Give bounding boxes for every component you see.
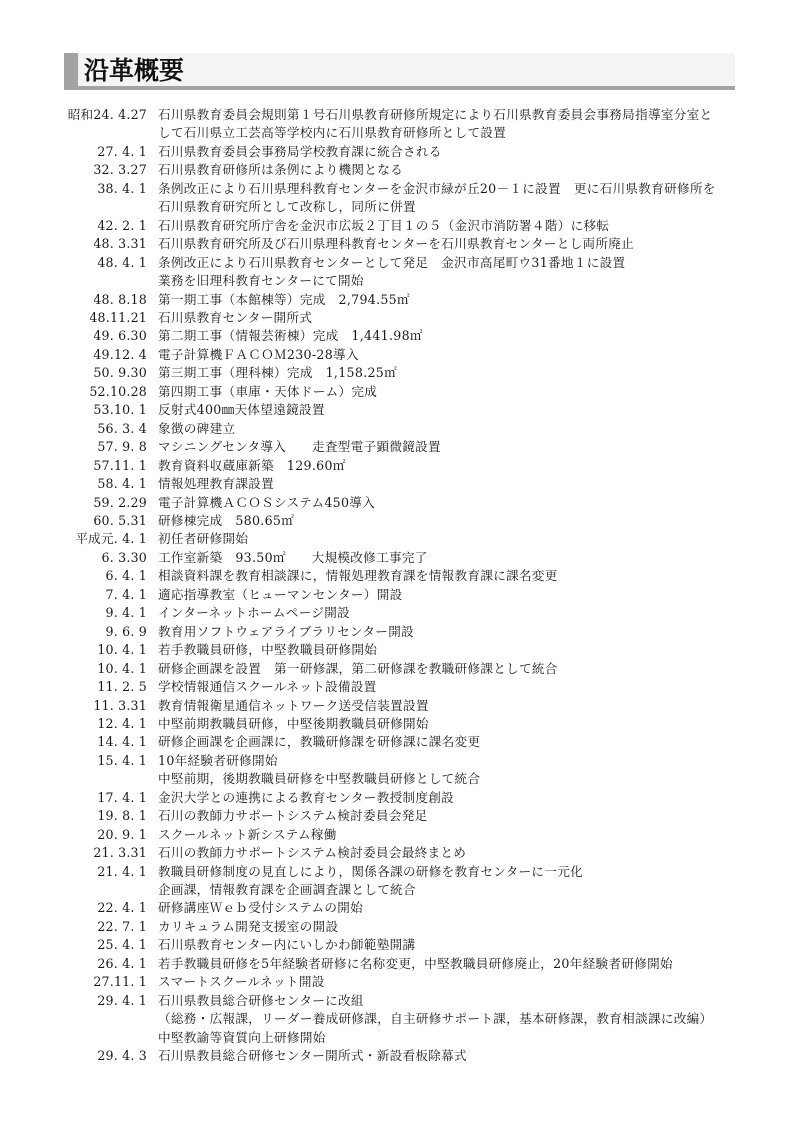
entry-date: 10. 4. 1: [56, 641, 147, 659]
entry-description-line: 第二期工事（情報芸術棟）完成 1,441.98㎡: [158, 327, 756, 345]
history-entry: 29. 4. 1石川県教員総合研修センターに改組（総務・広報課，リーダー養成研修…: [56, 992, 756, 1047]
history-entry: 6. 4. 1相談資料課を教育相談課に，情報処理教育課を情報教育課に課名変更: [56, 567, 756, 585]
entry-description: 学校情報通信スクールネット設備設置: [158, 678, 756, 696]
entry-date: 20. 9. 1: [56, 826, 147, 844]
entry-description-line: （総務・広報課，リーダー養成研修課，自主研修サポート課，基本研修課，教育相談課に…: [158, 1010, 756, 1028]
history-entry: 48. 8.18第一期工事（本館棟等）完成 2,794.55㎡: [56, 291, 756, 309]
history-entry: 26. 4. 1若手教職員研修を5年経験者研修に名称変更，中堅教職員研修廃止，2…: [56, 955, 756, 973]
history-entry: 22. 7. 1カリキュラム開発支援室の開設: [56, 918, 756, 936]
history-entry: 38. 4. 1条例改正により石川県理科教育センターを金沢市緑が丘20－１に設置…: [56, 180, 756, 217]
entry-description: 若手教職員研修，中堅教職員研修開始: [158, 641, 756, 659]
entry-date: 60. 5.31: [56, 512, 147, 530]
history-entry: 32. 3.27石川県教育研修所は条例により機関となる: [56, 161, 756, 179]
entry-date: 57. 9. 8: [56, 438, 147, 456]
entry-date: 59. 2.29: [56, 494, 147, 512]
entry-description: 石川県教育委員会規則第１号石川県教育研修所規定により石川県教育委員会事務局指導室…: [158, 106, 756, 143]
entry-date: 昭和24. 4.27: [56, 106, 147, 143]
entry-description-line: 金沢大学との連携による教育センター教授制度創設: [158, 789, 756, 807]
entry-description: 適応指導教室（ヒューマンセンター）開設: [158, 586, 756, 604]
entry-description-line: 石川県教育研究所庁舎を金沢市広坂２丁目１の５（金沢市消防署４階）に移転: [158, 217, 756, 235]
entry-description: 若手教職員研修を5年経験者研修に名称変更，中堅教職員研修廃止，20年経験者研修開…: [158, 955, 756, 973]
history-entry: 14. 4. 1研修企画課を企画課に，教職研修課を研修課に課名変更: [56, 733, 756, 751]
entry-date: 12. 4. 1: [56, 715, 147, 733]
entry-description: 初任者研修開始: [158, 530, 756, 548]
entry-description-line: 適応指導教室（ヒューマンセンター）開設: [158, 586, 756, 604]
entry-description-line: 中堅教諭等資質向上研修開始: [158, 1029, 756, 1047]
entry-date: 53.10. 1: [56, 401, 147, 419]
entry-description: 教育用ソフトウェアライブラリセンター開設: [158, 623, 756, 641]
entry-description-line: 条例改正により石川県教育センターとして発足 金沢市高尾町ウ31番地１に設置: [158, 254, 756, 272]
entry-description: 石川県教員総合研修センターに改組（総務・広報課，リーダー養成研修課，自主研修サポ…: [158, 992, 756, 1047]
history-entry: 17. 4. 1金沢大学との連携による教育センター教授制度創設: [56, 789, 756, 807]
entry-date: 27.11. 1: [56, 973, 147, 991]
entry-description-line: 若手教職員研修，中堅教職員研修開始: [158, 641, 756, 659]
history-entry: 53.10. 1反射式400㎜天体望遠鏡設置: [56, 401, 756, 419]
entry-description: 条例改正により石川県理科教育センターを金沢市緑が丘20－１に設置 更に石川県教育…: [158, 180, 756, 217]
entry-description: マシニングセンタ導入 走査型電子顕微鏡設置: [158, 438, 756, 456]
history-entry: 7. 4. 1適応指導教室（ヒューマンセンター）開設: [56, 586, 756, 604]
entry-date: 27. 4. 1: [56, 143, 147, 161]
entry-description-line: スマートスクールネット開設: [158, 973, 756, 991]
entry-description: 金沢大学との連携による教育センター教授制度創設: [158, 789, 756, 807]
section-header: 沿革概要: [64, 53, 735, 90]
entry-date: 50. 9.30: [56, 364, 147, 382]
entry-date: 49. 6.30: [56, 327, 147, 345]
entry-description-line: 研修講座Ｗｅｂ受付システムの開始: [158, 899, 756, 917]
history-entry: 11. 2. 5学校情報通信スクールネット設備設置: [56, 678, 756, 696]
entry-date: 15. 4. 1: [56, 752, 147, 789]
entry-date: 平成元. 4. 1: [56, 530, 147, 548]
entry-description: 象徴の碑建立: [158, 420, 756, 438]
entry-description: 研修企画課を設置 第一研修課，第二研修課を教職研修課として統合: [158, 660, 756, 678]
history-entry: 10. 4. 1研修企画課を設置 第一研修課，第二研修課を教職研修課として統合: [56, 660, 756, 678]
entry-description: 石川の教師力サポートシステム検討委員会発足: [158, 807, 756, 825]
history-entry: 29. 4. 3石川県教員総合研修センター開所式・新設看板除幕式: [56, 1047, 756, 1065]
history-entry: 42. 2. 1石川県教育研究所庁舎を金沢市広坂２丁目１の５（金沢市消防署４階）…: [56, 217, 756, 235]
entry-description-line: 石川県教育センター開所式: [158, 309, 756, 327]
entry-date: 38. 4. 1: [56, 180, 147, 217]
entry-description: 教育情報衛星通信ネットワーク送受信装置設置: [158, 697, 756, 715]
entry-date: 49.12. 4: [56, 346, 147, 364]
entry-description-line: 相談資料課を教育相談課に，情報処理教育課を情報教育課に課名変更: [158, 567, 756, 585]
entry-date: 22. 4. 1: [56, 899, 147, 917]
entry-description: 電子計算機ＦＡＣＯＭ230-28導入: [158, 346, 756, 364]
history-entry: 56. 3. 4象徴の碑建立: [56, 420, 756, 438]
entry-description-line: 反射式400㎜天体望遠鏡設置: [158, 401, 756, 419]
entry-date: 14. 4. 1: [56, 733, 147, 751]
entry-date: 48.11.21: [56, 309, 147, 327]
entry-date: 11. 2. 5: [56, 678, 147, 696]
entry-description: 条例改正により石川県教育センターとして発足 金沢市高尾町ウ31番地１に設置業務を…: [158, 254, 756, 291]
entry-description-line: スクールネット新システム稼働: [158, 826, 756, 844]
history-entry: 11. 3.31教育情報衛星通信ネットワーク送受信装置設置: [56, 697, 756, 715]
entry-description: 10年経験者研修開始中堅前期，後期教職員研修を中堅教職員研修として統合: [158, 752, 756, 789]
history-entry: 59. 2.29電子計算機ＡＣＯＳシステム450導入: [56, 494, 756, 512]
entry-description-line: 石川県教育委員会事務局学校教育課に統合される: [158, 143, 756, 161]
entry-description-line: 企画課，情報教育課を企画調査課として統合: [158, 881, 756, 899]
entry-description: 反射式400㎜天体望遠鏡設置: [158, 401, 756, 419]
entry-description: 教職員研修制度の見直しにより，関係各課の研修を教育センターに一元化企画課，情報教…: [158, 863, 756, 900]
entry-description-line: 石川県教育研究所として改称し，同所に併置: [158, 198, 756, 216]
entry-description-line: 石川の教師力サポートシステム検討委員会発足: [158, 807, 756, 825]
entry-date: 25. 4. 1: [56, 936, 147, 954]
entry-date: 21. 3.31: [56, 844, 147, 862]
entry-date: 7. 4. 1: [56, 586, 147, 604]
entry-description-line: して石川県立工芸高等学校内に石川県教育研修所として設置: [158, 124, 756, 142]
history-entry: 9. 4. 1インターネットホームページ開設: [56, 604, 756, 622]
entry-description-line: 石川県教育委員会規則第１号石川県教育研修所規定により石川県教育委員会事務局指導室…: [158, 106, 756, 124]
entry-description: 研修講座Ｗｅｂ受付システムの開始: [158, 899, 756, 917]
entry-date: 21. 4. 1: [56, 863, 147, 900]
entry-date: 6. 4. 1: [56, 567, 147, 585]
entry-description: 研修棟完成 580.65㎡: [158, 512, 756, 530]
history-entry: 9. 6. 9教育用ソフトウェアライブラリセンター開設: [56, 623, 756, 641]
entry-description-line: 業務を旧理科教育センターにて開始: [158, 272, 756, 290]
entry-description: 石川の教師力サポートシステム検討委員会最終まとめ: [158, 844, 756, 862]
entry-date: 9. 6. 9: [56, 623, 147, 641]
entry-description-line: 電子計算機ＡＣＯＳシステム450導入: [158, 494, 756, 512]
entry-date: 58. 4. 1: [56, 475, 147, 493]
history-entry: 21. 4. 1教職員研修制度の見直しにより，関係各課の研修を教育センターに一元…: [56, 863, 756, 900]
entry-description-line: 初任者研修開始: [158, 530, 756, 548]
entry-description-line: 教育用ソフトウェアライブラリセンター開設: [158, 623, 756, 641]
history-timeline: 昭和24. 4.27石川県教育委員会規則第１号石川県教育研修所規定により石川県教…: [56, 106, 756, 1066]
header-accent-block: [64, 53, 78, 90]
entry-description-line: 石川県教員総合研修センターに改組: [158, 992, 756, 1010]
history-entry: 21. 3.31石川の教師力サポートシステム検討委員会最終まとめ: [56, 844, 756, 862]
entry-description-line: 中堅前期教職員研修，中堅後期教職員研修開始: [158, 715, 756, 733]
history-entry: 19. 8. 1石川の教師力サポートシステム検討委員会発足: [56, 807, 756, 825]
entry-date: 6. 3.30: [56, 549, 147, 567]
entry-description-line: 第四期工事（車庫・天体ドーム）完成: [158, 383, 756, 401]
entry-date: 56. 3. 4: [56, 420, 147, 438]
entry-description: 石川県教育研修所は条例により機関となる: [158, 161, 756, 179]
history-entry: 15. 4. 110年経験者研修開始中堅前期，後期教職員研修を中堅教職員研修とし…: [56, 752, 756, 789]
entry-description-line: 情報処理教育課設置: [158, 475, 756, 493]
history-entry: 60. 5.31研修棟完成 580.65㎡: [56, 512, 756, 530]
entry-description: スクールネット新システム稼働: [158, 826, 756, 844]
history-entry: 27.11. 1スマートスクールネット開設: [56, 973, 756, 991]
entry-date: 52.10.28: [56, 383, 147, 401]
entry-description-line: 若手教職員研修を5年経験者研修に名称変更，中堅教職員研修廃止，20年経験者研修開…: [158, 955, 756, 973]
entry-description-line: 研修企画課を企画課に，教職研修課を研修課に課名変更: [158, 733, 756, 751]
entry-description: 情報処理教育課設置: [158, 475, 756, 493]
history-entry: 58. 4. 1情報処理教育課設置: [56, 475, 756, 493]
entry-description-line: 教育資料収蔵庫新築 129.60㎡: [158, 457, 756, 475]
entry-date: 17. 4. 1: [56, 789, 147, 807]
history-entry: 52.10.28第四期工事（車庫・天体ドーム）完成: [56, 383, 756, 401]
history-entry: 25. 4. 1石川県教育センター内にいしかわ師範塾開講: [56, 936, 756, 954]
history-entry: 12. 4. 1中堅前期教職員研修，中堅後期教職員研修開始: [56, 715, 756, 733]
history-entry: 20. 9. 1スクールネット新システム稼働: [56, 826, 756, 844]
entry-date: 48. 3.31: [56, 235, 147, 253]
entry-description: インターネットホームページ開設: [158, 604, 756, 622]
entry-date: 48. 4. 1: [56, 254, 147, 291]
history-entry: 49. 6.30第二期工事（情報芸術棟）完成 1,441.98㎡: [56, 327, 756, 345]
entry-description: カリキュラム開発支援室の開設: [158, 918, 756, 936]
entry-description: 中堅前期教職員研修，中堅後期教職員研修開始: [158, 715, 756, 733]
entry-description: 工作室新築 93.50㎡ 大規模改修工事完了: [158, 549, 756, 567]
entry-description-line: 研修企画課を設置 第一研修課，第二研修課を教職研修課として統合: [158, 660, 756, 678]
entry-date: 29. 4. 1: [56, 992, 147, 1047]
entry-description-line: 石川県教育センター内にいしかわ師範塾開講: [158, 936, 756, 954]
entry-description: 石川県教育委員会事務局学校教育課に統合される: [158, 143, 756, 161]
history-entry: 48. 3.31石川県教育研究所及び石川県理科教育センターを石川県教育センターと…: [56, 235, 756, 253]
entry-description-line: 工作室新築 93.50㎡ 大規模改修工事完了: [158, 549, 756, 567]
history-entry: 27. 4. 1石川県教育委員会事務局学校教育課に統合される: [56, 143, 756, 161]
entry-description-line: 電子計算機ＦＡＣＯＭ230-28導入: [158, 346, 756, 364]
entry-date: 26. 4. 1: [56, 955, 147, 973]
entry-description-line: 学校情報通信スクールネット設備設置: [158, 678, 756, 696]
entry-description: 第一期工事（本館棟等）完成 2,794.55㎡: [158, 291, 756, 309]
entry-description-line: 教職員研修制度の見直しにより，関係各課の研修を教育センターに一元化: [158, 863, 756, 881]
entry-date: 48. 8.18: [56, 291, 147, 309]
entry-date: 9. 4. 1: [56, 604, 147, 622]
history-entry: 22. 4. 1研修講座Ｗｅｂ受付システムの開始: [56, 899, 756, 917]
entry-description-line: カリキュラム開発支援室の開設: [158, 918, 756, 936]
history-entry: 6. 3.30工作室新築 93.50㎡ 大規模改修工事完了: [56, 549, 756, 567]
entry-date: 57.11. 1: [56, 457, 147, 475]
entry-description-line: 石川県教育研究所及び石川県理科教育センターを石川県教育センターとし両所廃止: [158, 235, 756, 253]
entry-description-line: 第三期工事（理科棟）完成 1,158.25㎡: [158, 364, 756, 382]
entry-description-line: 石川県教員総合研修センター開所式・新設看板除幕式: [158, 1047, 756, 1065]
entry-description: 石川県教育研究所及び石川県理科教育センターを石川県教育センターとし両所廃止: [158, 235, 756, 253]
entry-description: 研修企画課を企画課に，教職研修課を研修課に課名変更: [158, 733, 756, 751]
entry-description: スマートスクールネット開設: [158, 973, 756, 991]
entry-date: 22. 7. 1: [56, 918, 147, 936]
page-title: 沿革概要: [84, 54, 184, 88]
history-entry: 48.11.21石川県教育センター開所式: [56, 309, 756, 327]
entry-description: 電子計算機ＡＣＯＳシステム450導入: [158, 494, 756, 512]
entry-date: 19. 8. 1: [56, 807, 147, 825]
entry-description: 第二期工事（情報芸術棟）完成 1,441.98㎡: [158, 327, 756, 345]
entry-date: 42. 2. 1: [56, 217, 147, 235]
entry-date: 10. 4. 1: [56, 660, 147, 678]
entry-description-line: 石川の教師力サポートシステム検討委員会最終まとめ: [158, 844, 756, 862]
entry-description: 第四期工事（車庫・天体ドーム）完成: [158, 383, 756, 401]
entry-description: 石川県教育研究所庁舎を金沢市広坂２丁目１の５（金沢市消防署４階）に移転: [158, 217, 756, 235]
entry-description-line: マシニングセンタ導入 走査型電子顕微鏡設置: [158, 438, 756, 456]
entry-description: 石川県教員総合研修センター開所式・新設看板除幕式: [158, 1047, 756, 1065]
history-entry: 57.11. 1教育資料収蔵庫新築 129.60㎡: [56, 457, 756, 475]
entry-description-line: 教育情報衛星通信ネットワーク送受信装置設置: [158, 697, 756, 715]
entry-description-line: 象徴の碑建立: [158, 420, 756, 438]
entry-description: 石川県教育センター開所式: [158, 309, 756, 327]
entry-description-line: 第一期工事（本館棟等）完成 2,794.55㎡: [158, 291, 756, 309]
history-entry: 昭和24. 4.27石川県教育委員会規則第１号石川県教育研修所規定により石川県教…: [56, 106, 756, 143]
history-entry: 平成元. 4. 1初任者研修開始: [56, 530, 756, 548]
entry-description: 相談資料課を教育相談課に，情報処理教育課を情報教育課に課名変更: [158, 567, 756, 585]
entry-date: 29. 4. 3: [56, 1047, 147, 1065]
history-entry: 48. 4. 1条例改正により石川県教育センターとして発足 金沢市高尾町ウ31番…: [56, 254, 756, 291]
history-entry: 57. 9. 8マシニングセンタ導入 走査型電子顕微鏡設置: [56, 438, 756, 456]
entry-description-line: 石川県教育研修所は条例により機関となる: [158, 161, 756, 179]
entry-description-line: インターネットホームページ開設: [158, 604, 756, 622]
entry-description-line: 10年経験者研修開始: [158, 752, 756, 770]
entry-description-line: 中堅前期，後期教職員研修を中堅教職員研修として統合: [158, 770, 756, 788]
entry-description-line: 研修棟完成 580.65㎡: [158, 512, 756, 530]
history-entry: 10. 4. 1若手教職員研修，中堅教職員研修開始: [56, 641, 756, 659]
history-entry: 50. 9.30第三期工事（理科棟）完成 1,158.25㎡: [56, 364, 756, 382]
entry-date: 11. 3.31: [56, 697, 147, 715]
entry-description: 教育資料収蔵庫新築 129.60㎡: [158, 457, 756, 475]
entry-description-line: 条例改正により石川県理科教育センターを金沢市緑が丘20－１に設置 更に石川県教育…: [158, 180, 756, 198]
entry-description: 第三期工事（理科棟）完成 1,158.25㎡: [158, 364, 756, 382]
entry-date: 32. 3.27: [56, 161, 147, 179]
entry-description: 石川県教育センター内にいしかわ師範塾開講: [158, 936, 756, 954]
history-entry: 49.12. 4電子計算機ＦＡＣＯＭ230-28導入: [56, 346, 756, 364]
